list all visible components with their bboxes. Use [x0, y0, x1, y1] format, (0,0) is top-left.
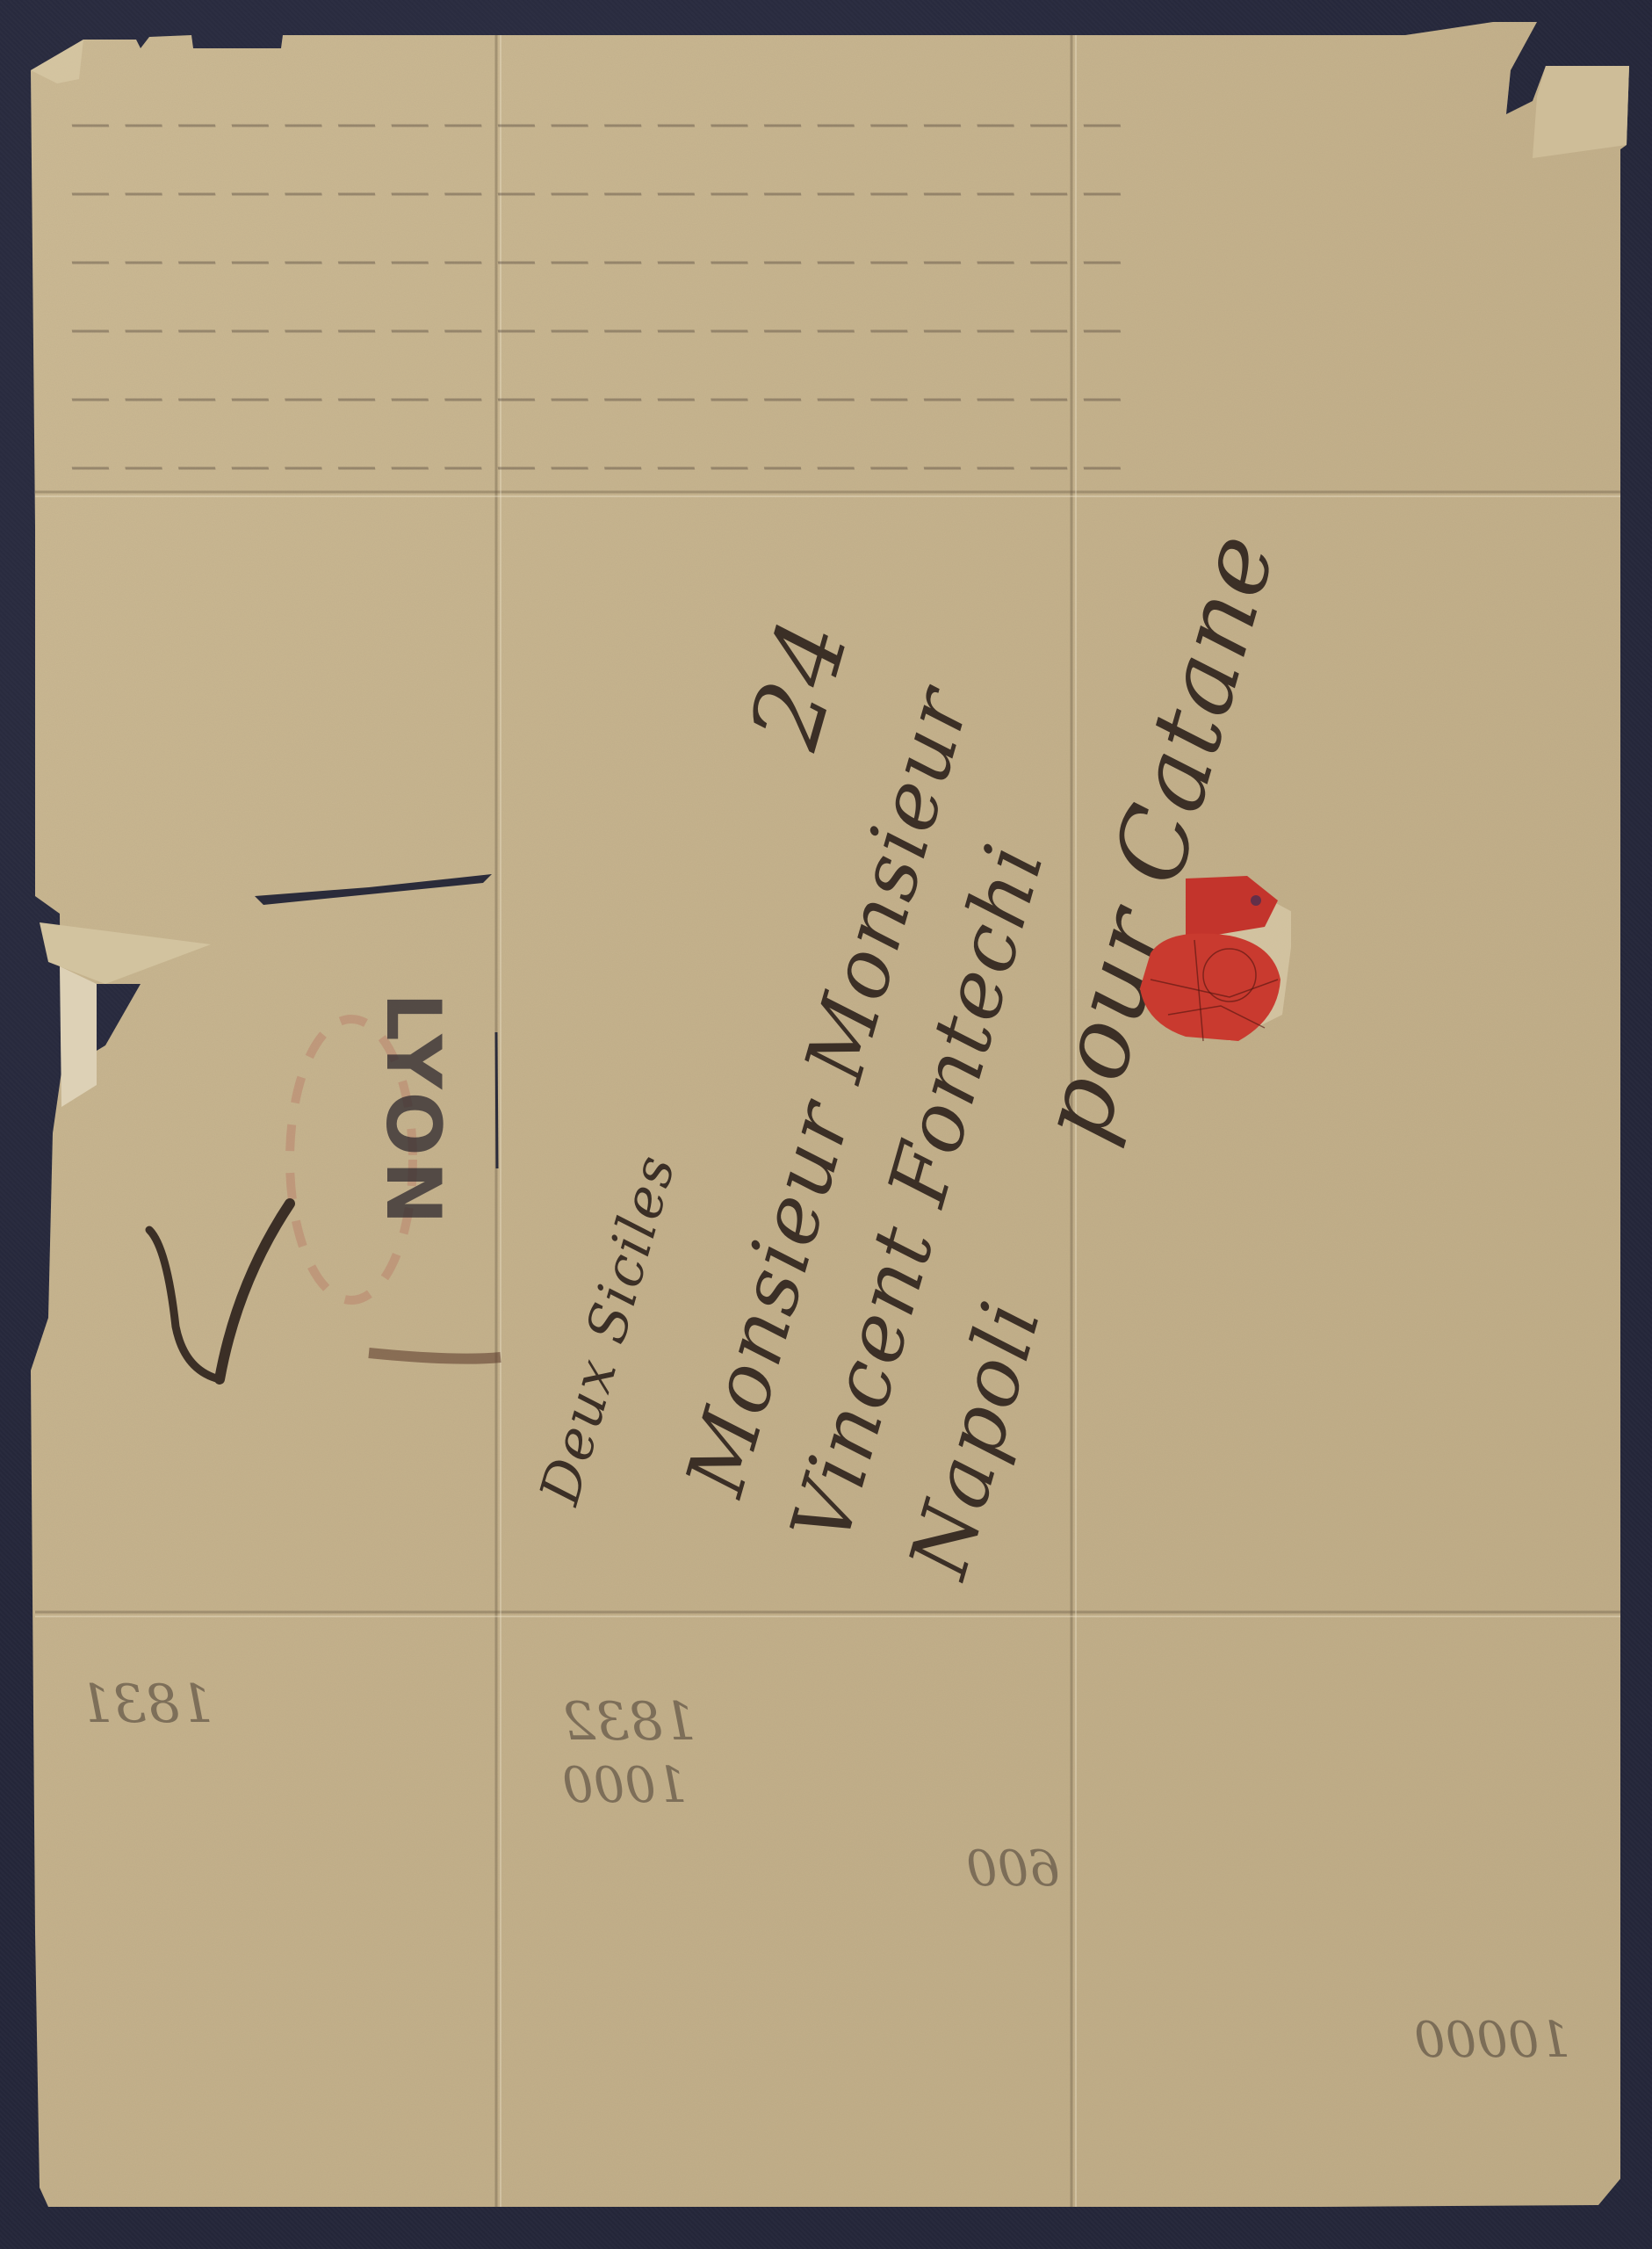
margin-check-mark-icon: [141, 1195, 316, 1423]
lyon-handstamp: LYON: [369, 993, 457, 1230]
reverse-amount-600: 600: [966, 1840, 1060, 1898]
red-wax-seal-icon: [1133, 874, 1291, 1050]
reverse-year-1831: 1831: [79, 1674, 213, 1735]
reverse-year-1832: 1832: [562, 1691, 696, 1753]
reverse-amount-1000: 1000: [562, 1757, 688, 1814]
reverse-amount-10000: 10000: [1414, 2012, 1570, 2069]
bleed-through-text-block-top: — — — — — — — — — — — — — — — — — — — — …: [70, 88, 1122, 499]
